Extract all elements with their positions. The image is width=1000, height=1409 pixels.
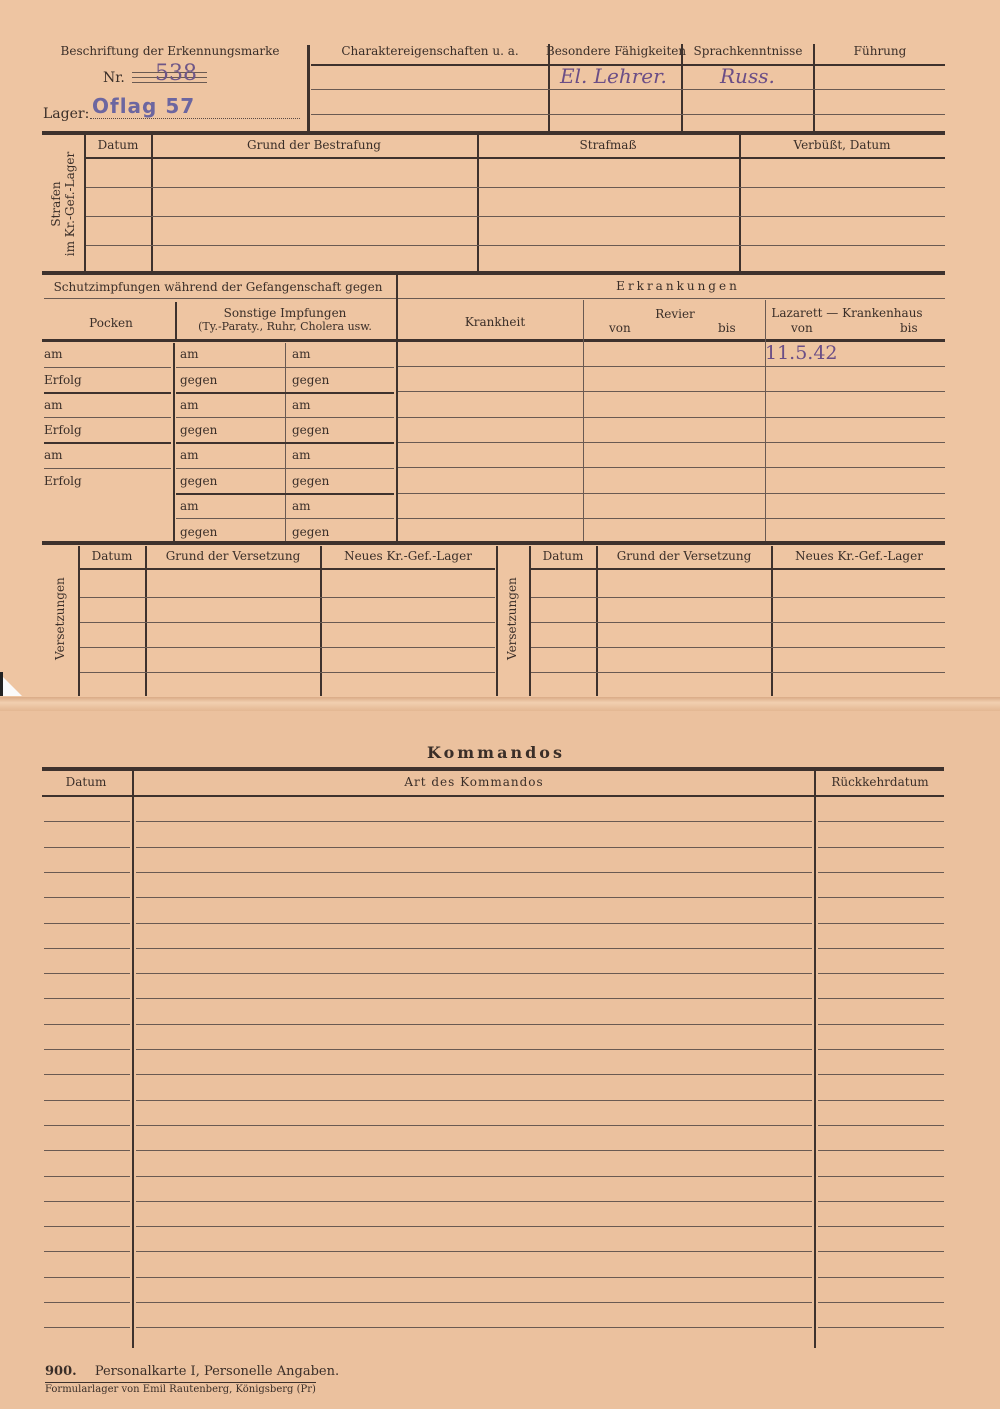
kommandos-row-line: [44, 973, 130, 974]
ill-row-line: [398, 493, 945, 494]
header-divider: [307, 45, 310, 133]
paper-tear: [0, 674, 22, 696]
ill-row-line: [398, 467, 945, 468]
form-number: 900.: [45, 1364, 77, 1379]
nr-value[interactable]: 538: [155, 61, 197, 86]
h-line: [44, 442, 171, 444]
punish-col-datum: Datum: [98, 138, 139, 152]
kommandos-row-line: [818, 948, 944, 949]
kommandos-title: Kommandos: [427, 743, 565, 762]
transfers-side-label: Versetzungen: [53, 580, 67, 660]
ill-col-revier: Revier: [655, 307, 695, 321]
kommandos-row-line: [818, 1251, 944, 1252]
h-line: [44, 298, 396, 299]
v-div: [739, 135, 741, 271]
kommandos-row-line: [44, 1201, 130, 1202]
pocken-cell: Erfolg: [44, 423, 82, 437]
side-label-line: Strafen: [49, 149, 63, 259]
other-cell: am: [180, 398, 199, 412]
kommandos-row-line: [44, 1049, 130, 1050]
kommandos-row-line: [44, 1074, 130, 1075]
h-line: [311, 89, 945, 90]
transfer-col-grund-2: Grund der Versetzung: [617, 549, 752, 563]
kommandos-row-line: [44, 1302, 130, 1303]
kommandos-row-line: [44, 923, 130, 924]
transfer-row-line: [80, 672, 495, 673]
other-cell: am: [292, 448, 311, 462]
kommandos-row-line: [818, 1100, 944, 1101]
h-line: [42, 795, 944, 797]
v-div: [132, 770, 134, 1348]
ill-row-line: [398, 442, 945, 443]
header-col-fuehrung: Führung: [854, 44, 907, 58]
v-div: [396, 275, 398, 541]
transfer-col-lager-2: Neues Kr.-Gef.-Lager: [795, 549, 923, 563]
kommandos-row-line: [136, 1024, 812, 1025]
v-div: [175, 302, 177, 339]
transfer-row-line: [80, 622, 495, 623]
lazarett-bis: bis: [900, 321, 918, 335]
kommandos-row-line: [44, 821, 130, 822]
kommandos-row-line: [136, 1150, 812, 1151]
kommandos-row-line: [818, 1327, 944, 1328]
v-div: [173, 343, 175, 541]
kommandos-row-line: [136, 998, 812, 999]
v-div: [583, 300, 584, 541]
v-div: [681, 44, 683, 132]
ill-col-lazarett: Lazarett — Krankenhaus: [771, 306, 922, 320]
other-cell: gegen: [292, 525, 329, 539]
kommandos-row-line: [818, 998, 944, 999]
kommandos-row-line: [136, 1251, 812, 1252]
kommandos-row-line: [44, 1176, 130, 1177]
h-line: [176, 493, 394, 495]
kommandos-row-line: [818, 1024, 944, 1025]
other-cell: gegen: [292, 474, 329, 488]
other-cell: gegen: [292, 373, 329, 387]
lazarett-von: von: [791, 321, 813, 335]
vaccinations-title: Schutzimpfungen während der Gefangenscha…: [54, 280, 383, 294]
punish-row-line: [86, 187, 945, 188]
kommandos-row-line: [44, 1125, 130, 1126]
faehigkeiten-value[interactable]: El. Lehrer.: [560, 64, 667, 88]
h-line: [176, 518, 394, 519]
lager-line: [90, 118, 300, 119]
kommandos-row-line: [44, 1024, 130, 1025]
kommandos-row-line: [136, 1327, 812, 1328]
kommandos-row-line: [136, 1100, 812, 1101]
other-cell: am: [180, 448, 199, 462]
transfer-col-grund: Grund der Versetzung: [166, 549, 301, 563]
header-col-faehigkeiten: Besondere Fähigkeiten: [546, 44, 686, 58]
kommandos-row-line: [136, 897, 812, 898]
kommandos-row-line: [136, 821, 812, 822]
other-cell: am: [180, 499, 199, 513]
other-cell: am: [292, 398, 311, 412]
vacc-col-other-1: Sonstige Impfungen: [224, 306, 347, 320]
kommandos-row-line: [136, 847, 812, 848]
kommandos-row-line: [818, 1049, 944, 1050]
transfer-row-line: [531, 672, 945, 673]
kommandos-row-line: [818, 1176, 944, 1177]
kommandos-row-line: [136, 1201, 812, 1202]
h-line: [80, 568, 495, 570]
side-label-line: im Kr.-Gef.-Lager: [63, 149, 77, 259]
kommandos-row-line: [818, 1277, 944, 1278]
other-cell: am: [292, 499, 311, 513]
kommandos-row-line: [44, 998, 130, 999]
transfer-row-line: [80, 597, 495, 598]
lager-stamp[interactable]: Oflag 57: [92, 94, 195, 118]
kommandos-row-line: [136, 1049, 812, 1050]
h-line: [311, 114, 945, 115]
kommandos-row-line: [44, 1100, 130, 1101]
section-rule: [42, 131, 945, 135]
kommandos-row-line: [44, 847, 130, 848]
kommandos-row-line: [818, 1201, 944, 1202]
paper-tear-edge: [0, 672, 3, 696]
nr-label: Nr.: [103, 70, 125, 86]
kommandos-row-line: [136, 1176, 812, 1177]
h-line: [44, 367, 171, 368]
punish-col-strafmass: Strafmaß: [580, 138, 637, 152]
other-cell: gegen: [180, 373, 217, 387]
sprachen-value[interactable]: Russ.: [720, 64, 775, 88]
kommandos-row-line: [818, 1150, 944, 1151]
vacc-col-other-2: (Ty.-Paraty., Ruhr, Cholera usw.: [198, 320, 372, 333]
h-line: [176, 442, 394, 444]
v-div: [813, 44, 815, 132]
ill-row-line: [398, 518, 945, 519]
kommandos-row-line: [44, 1150, 130, 1151]
other-cell: am: [292, 347, 311, 361]
kommandos-row-line: [136, 1302, 812, 1303]
kommandos-row-line: [136, 1226, 812, 1227]
transfer-row-line: [531, 597, 945, 598]
ill-col-krankheit: Krankheit: [465, 315, 525, 329]
transfer-col-lager: Neues Kr.-Gef.-Lager: [344, 549, 472, 563]
punish-row-line: [86, 245, 945, 246]
h-line: [176, 468, 394, 469]
v-div: [477, 135, 479, 271]
v-div: [84, 135, 86, 271]
h-line: [176, 367, 394, 368]
kommandos-row-line: [818, 1302, 944, 1303]
revier-bis: bis: [718, 321, 736, 335]
other-cell: gegen: [292, 423, 329, 437]
kommandos-col-rueckkehr: Rückkehrdatum: [831, 775, 928, 789]
form-title: Personalkarte I, Personelle Angaben.: [95, 1364, 339, 1379]
h-line: [176, 417, 394, 418]
v-div: [814, 770, 816, 1348]
kommandos-row-line: [44, 948, 130, 949]
section-rule: [42, 541, 945, 545]
ill-row-line: [398, 391, 945, 392]
transfer-row-line: [531, 647, 945, 648]
kommandos-row-line: [44, 1226, 130, 1227]
pocken-cell: am: [44, 347, 63, 361]
punishments-side-label: Strafen im Kr.-Gef.-Lager: [49, 149, 77, 259]
pocken-cell: am: [44, 448, 63, 462]
other-cell: am: [180, 347, 199, 361]
other-cell: gegen: [180, 525, 217, 539]
transfer-row-line: [80, 647, 495, 648]
kommandos-row-line: [44, 872, 130, 873]
other-cell: gegen: [180, 474, 217, 488]
punish-row-line: [86, 216, 945, 217]
pocken-cell: Erfolg: [44, 474, 82, 488]
pocken-cell: Erfolg: [44, 373, 82, 387]
illnesses-title: Erkrankungen: [616, 279, 740, 293]
kommandos-row-line: [818, 1074, 944, 1075]
h-line: [44, 468, 171, 469]
punish-col-verbuesst: Verbüßt, Datum: [794, 138, 891, 152]
kommandos-row-line: [44, 1251, 130, 1252]
kommandos-row-line: [136, 973, 812, 974]
kommandos-row-line: [818, 1125, 944, 1126]
h-line: [86, 157, 945, 159]
kommandos-row-line: [818, 923, 944, 924]
punish-col-grund: Grund der Bestrafung: [247, 138, 381, 152]
lazarett-von-value[interactable]: 11.5.42: [765, 342, 838, 364]
header-col-sprachen: Sprachkenntnisse: [694, 44, 803, 58]
kommandos-row-line: [136, 1125, 812, 1126]
kommandos-row-line: [818, 1226, 944, 1227]
pocken-cell: am: [44, 398, 63, 412]
v-div: [765, 300, 766, 541]
ill-row-line: [398, 366, 945, 367]
kommandos-row-line: [44, 1277, 130, 1278]
kommandos-col-art: Art des Kommandos: [404, 775, 543, 789]
h-line: [44, 392, 171, 394]
header-col-charakter: Charaktereigenschaften u. a.: [341, 44, 518, 58]
kommandos-row-line: [136, 923, 812, 924]
transfers-side-label-2: Versetzungen: [505, 580, 519, 660]
section-rule: [42, 271, 945, 275]
transfer-col-datum: Datum: [92, 549, 133, 563]
kommandos-row-line: [44, 1327, 130, 1328]
kommandos-row-line: [136, 948, 812, 949]
h-line: [531, 568, 945, 570]
lager-label: Lager:: [43, 106, 89, 122]
tag-label: Beschriftung der Erkennungsmarke: [61, 44, 280, 58]
vacc-col-pocken: Pocken: [89, 316, 133, 330]
kommandos-row-line: [136, 872, 812, 873]
kommandos-row-line: [818, 897, 944, 898]
v-div: [548, 44, 550, 132]
v-div: [151, 135, 153, 271]
kommandos-row-line: [818, 847, 944, 848]
kommandos-col-datum: Datum: [66, 775, 107, 789]
h-line: [176, 392, 394, 394]
kommandos-row-line: [136, 1277, 812, 1278]
transfer-row-line: [531, 622, 945, 623]
kommandos-row-line: [136, 1074, 812, 1075]
revier-von: von: [609, 321, 631, 335]
printer-line: Formularlager von Emil Rautenberg, König…: [45, 1382, 316, 1395]
section-rule: [42, 767, 944, 771]
other-cell: gegen: [180, 423, 217, 437]
kommandos-row-line: [818, 872, 944, 873]
ill-row-line: [398, 417, 945, 418]
h-line: [44, 417, 171, 418]
transfer-col-datum-2: Datum: [543, 549, 584, 563]
kommandos-row-line: [818, 821, 944, 822]
h-line: [398, 298, 945, 299]
v-div: [496, 546, 498, 696]
paper-fold: [0, 697, 1000, 711]
kommandos-row-line: [44, 897, 130, 898]
kommandos-row-line: [818, 973, 944, 974]
